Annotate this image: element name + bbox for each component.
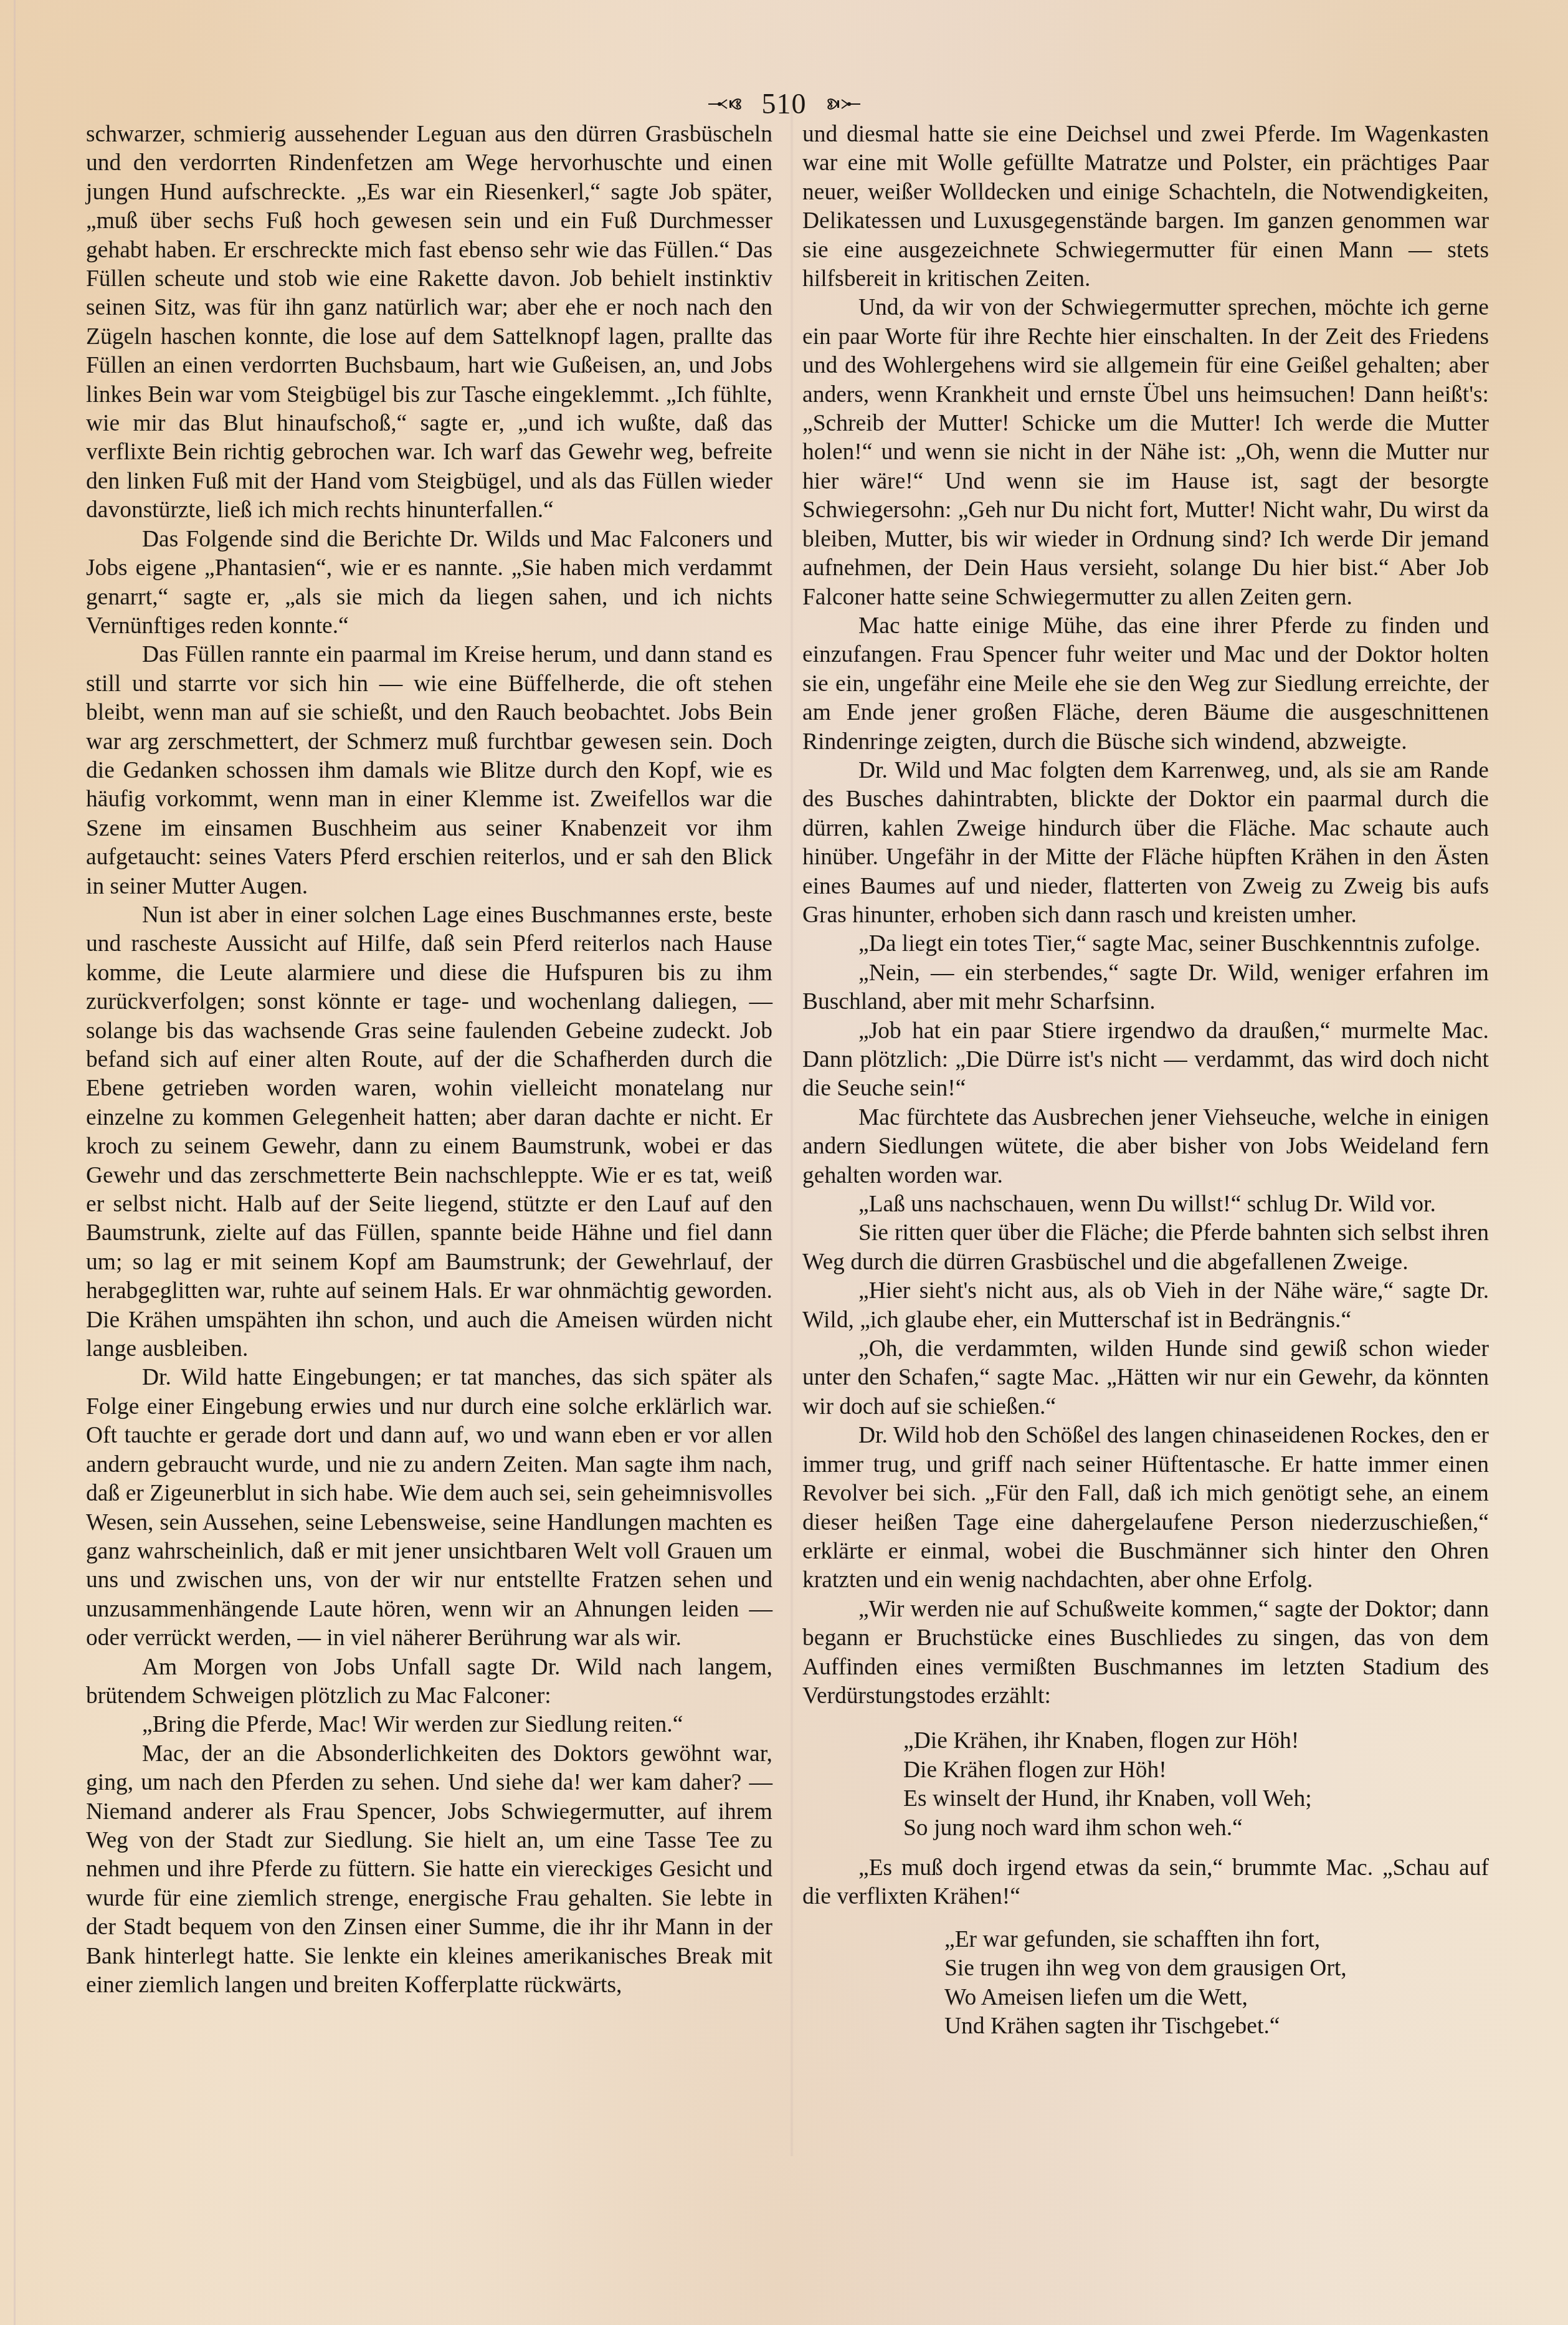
- paragraph: Und, da wir von der Schwiegermutter spre…: [802, 294, 1489, 611]
- verse-line: So jung noch ward ihm schon weh.“: [903, 1814, 1489, 1843]
- verse-line: Die Krähen flogen zur Höh!: [903, 1756, 1489, 1785]
- paragraph: „Bring die Pferde, Mac! Wir werden zur S…: [86, 1711, 772, 1739]
- paragraph: Mac fürchtete das Ausbrechen jener Viehs…: [802, 1104, 1489, 1190]
- paragraph: Mac, der an die Absonderlichkeiten des D…: [86, 1740, 772, 2000]
- paragraph: „Da liegt ein totes Tier,“ sagte Mac, se…: [802, 930, 1489, 958]
- verse-line: „Die Krähen, ihr Knaben, flogen zur Höh!: [903, 1727, 1489, 1755]
- paragraph: Nun ist aber in einer solchen Lage eines…: [86, 901, 772, 1364]
- paragraph: Dr. Wild hob den Schößel des langen chin…: [802, 1421, 1489, 1595]
- fleuron-left-icon: [708, 95, 746, 113]
- verse-line: Sie trugen ihn weg von dem grausigen Ort…: [944, 1954, 1489, 1983]
- paragraph: Sie ritten quer über die Fläche; die Pfe…: [802, 1219, 1489, 1277]
- paragraph: „Es muß doch irgend etwas da sein,“ brum…: [802, 1854, 1489, 1912]
- verse-line: Und Krähen sagten ihr Tischgebet.“: [944, 2012, 1489, 2041]
- paragraph: „Nein, — ein sterbendes,“ sagte Dr. Wild…: [802, 959, 1489, 1017]
- verse-line: Es winselt der Hund, ihr Knaben, voll We…: [903, 1785, 1489, 1813]
- left-column: schwarzer, schmierig aussehender Leguan …: [86, 120, 772, 2000]
- paragraph: Das Folgende sind die Berichte Dr. Wilds…: [86, 525, 772, 641]
- right-column: und diesmal hatte sie eine Deichsel und …: [802, 120, 1489, 2050]
- verse-line: „Er war gefunden, sie schafften ihn fort…: [944, 1926, 1489, 1954]
- paragraph: „Laß uns nachschauen, wenn Du willst!“ s…: [802, 1190, 1489, 1219]
- paragraph: schwarzer, schmierig aussehender Leguan …: [86, 120, 772, 525]
- paragraph: und diesmal hatte sie eine Deichsel und …: [802, 120, 1489, 294]
- page-number: 510: [762, 87, 807, 120]
- paragraph: Dr. Wild hatte Eingebungen; er tat manch…: [86, 1363, 772, 1653]
- song-verse: „Er war gefunden, sie schafften ihn fort…: [802, 1926, 1489, 2041]
- fleuron-right-icon: [823, 95, 860, 113]
- paragraph: Am Morgen von Jobs Unfall sagte Dr. Wild…: [86, 1653, 772, 1711]
- paragraph: Das Füllen rannte ein paarmal im Kreise …: [86, 641, 772, 901]
- paragraph: „Oh, die verdammten, wilden Hunde sind g…: [802, 1335, 1489, 1421]
- page-header: 510: [0, 87, 1568, 120]
- page-fold-shadow: [790, 100, 794, 2156]
- paragraph: „Job hat ein paar Stiere irgendwo da dra…: [802, 1017, 1489, 1104]
- paragraph: Dr. Wild und Mac folgten dem Karrenweg, …: [802, 757, 1489, 930]
- paragraph: „Wir werden nie auf Schußweite kommen,“ …: [802, 1595, 1489, 1711]
- page-edge: [14, 0, 16, 2325]
- verse-line: Wo Ameisen liefen um die Wett,: [944, 1984, 1489, 2012]
- paragraph: Mac hatte einige Mühe, das eine ihrer Pf…: [802, 612, 1489, 757]
- song-verse: „Die Krähen, ihr Knaben, flogen zur Höh!…: [802, 1727, 1489, 1843]
- paragraph: „Hier sieht's nicht aus, als ob Vieh in …: [802, 1277, 1489, 1335]
